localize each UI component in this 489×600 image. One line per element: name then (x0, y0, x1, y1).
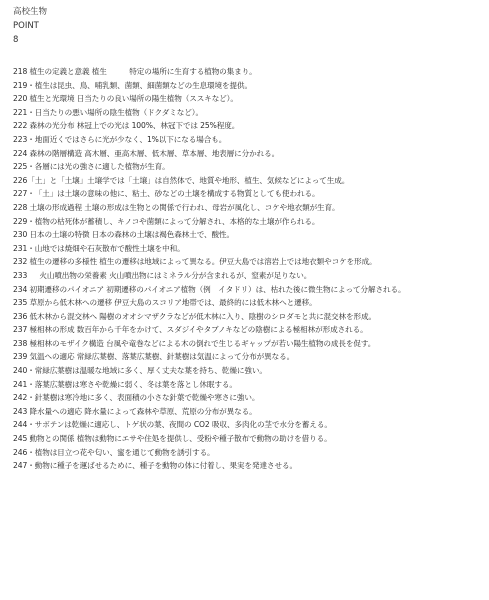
item-text: 植生は昆虫、鳥、哺乳類、菌類、細菌類などの生息環境を提供。 (35, 81, 252, 90)
item-text: 植生の定義と意義 植生 特定の場所に生育する植物の集まり。 (30, 67, 257, 76)
item-separator: ・ (27, 242, 35, 256)
item-number: 230 (13, 228, 27, 242)
item-text: 草原から低木林への遷移 伊豆大島のスコリア地帯では、最終的には低木林へと遷移。 (30, 298, 317, 307)
item-number: 236 (13, 310, 27, 324)
list-item: 222 森林の光分布 林冠上での光は 100%、林冠下では 25%程度。 (13, 119, 405, 133)
list-item: 240・常緑広葉樹は温暖な地域に多く、厚く丈夫な葉を持ち、乾燥に強い。 (13, 364, 405, 378)
section-label: POINT (13, 19, 47, 33)
item-separator: ・ (27, 215, 35, 229)
item-number: 233 (13, 269, 27, 283)
subject-title: 高校生物 (13, 5, 47, 19)
item-text: 植物の枯死体が蓄積し、キノコや菌類によって分解され、本格的な土壌が作られる。 (35, 217, 320, 226)
item-text: 「土」は土壌の意味の他に、粘土、砂などの土壌を構成する物質としても使われる。 (35, 189, 320, 198)
list-item: 247・動物に種子を運ばせるために、種子を動物の体に付着し、果実を発達させる。 (13, 459, 405, 473)
item-text: 初期遷移のパイオニア 初期遷移のパイオニア植物（例 イタドリ）は、枯れた後に微生… (30, 285, 406, 294)
item-number: 223 (13, 133, 27, 147)
item-number: 220 (13, 92, 27, 106)
item-text: 植生の遷移の多様性 植生の遷移は地域によって異なる。伊豆大島では溶岩上では地衣類… (30, 257, 377, 266)
item-separator: ・ (27, 446, 35, 460)
item-number: 239 (13, 350, 27, 364)
item-number: 221 (13, 106, 27, 120)
list-item: 231・山地では焼畑や石灰散布で酸性土壌を中和。 (13, 242, 405, 256)
item-number: 228 (13, 201, 27, 215)
item-number: 219 (13, 79, 27, 93)
item-number: 240 (13, 364, 27, 378)
item-text: 森林の階層構造 高木層、亜高木層、低木層、草本層、地表層に分かれる。 (30, 149, 280, 158)
list-item: 242・針葉樹は寒冷地に多く、表面積の小さな針葉で乾燥や寒さに強い。 (13, 391, 405, 405)
list-item: 238 極相林のモザイク構造 台風や竜巻などによる木の倒れで生じるギャップが若い… (13, 337, 405, 351)
item-number: 229 (13, 215, 27, 229)
list-item: 227・「土」は土壌の意味の他に、粘土、砂などの土壌を構成する物質としても使われ… (13, 187, 405, 201)
list-item: 223・地面近くではさらに光が少なく、1%以下になる場合も。 (13, 133, 405, 147)
item-separator: ・ (27, 160, 35, 174)
item-number: 244 (13, 418, 27, 432)
item-text: 土壌の形成過程 土壌の形成は生物との関係で行われ、母岩が風化し、コケや地衣類が生… (30, 203, 340, 212)
item-number: 247 (13, 459, 27, 473)
list-item: 236 低木林から混交林へ 陽樹のオオシマザクラなどが低木林に入り、陰樹のシロダ… (13, 310, 405, 324)
item-text: 地面近くではさらに光が少なく、1%以下になる場合も。 (35, 135, 227, 144)
item-separator (27, 269, 39, 283)
list-item: 219・植生は昆虫、鳥、哺乳類、菌類、細菌類などの生息環境を提供。 (13, 79, 405, 93)
item-text: サボテンは乾燥に適応し、トゲ状の葉、夜間の CO2 吸収、多肉化の茎で水分を蓄え… (35, 420, 332, 429)
item-text: 植物は目立つ花や匂い、蜜を通じて動物を誘引する。 (35, 448, 215, 457)
item-separator: ・ (27, 187, 35, 201)
list-item: 230 日本の土壌の特徴 日本の森林の土壌は褐色森林土で、酸性。 (13, 228, 405, 242)
item-number: 241 (13, 378, 27, 392)
item-text: 森林の光分布 林冠上での光は 100%、林冠下では 25%程度。 (30, 121, 240, 130)
item-number: 225 (13, 160, 27, 174)
item-number: 234 (13, 283, 27, 297)
item-text: 日当たりの悪い場所の陰生植物（ドクダミなど）。 (35, 108, 203, 117)
item-number: 226 (13, 174, 27, 188)
list-item: 245 動物との関係 植物は動物にエサや住処を提供し、受粉や種子散布で動物の助け… (13, 432, 405, 446)
item-text: 火山噴出物の栄養素 火山噴出物にはミネラル分が含まれるが、窒素が足りない。 (39, 271, 311, 280)
item-text: 「土」と「土壌」土壌学では「土壌」は自然体で、地質や地形、植生、気候などによって… (27, 176, 349, 185)
list-item: 221・日当たりの悪い場所の陰生植物（ドクダミなど）。 (13, 106, 405, 120)
item-number: 237 (13, 323, 27, 337)
list-item: 224 森林の階層構造 高木層、亜高木層、低木層、草本層、地表層に分かれる。 (13, 147, 405, 161)
list-item: 232 植生の遷移の多様性 植生の遷移は地域によって異なる。伊豆大島では溶岩上で… (13, 255, 405, 269)
item-separator: ・ (27, 459, 35, 473)
item-text: 植生と光環境 日当たりの良い場所の陽生植物（ススキなど）。 (30, 94, 238, 103)
item-text: 常緑広葉樹は温暖な地域に多く、厚く丈夫な葉を持ち、乾燥に強い。 (35, 366, 267, 375)
item-separator: ・ (27, 133, 35, 147)
item-separator: ・ (27, 106, 35, 120)
list-item: 239 気温への適応 常緑広葉樹、落葉広葉樹、針葉樹は気温によって分布が異なる。 (13, 350, 405, 364)
list-item: 244・サボテンは乾燥に適応し、トゲ状の葉、夜間の CO2 吸収、多肉化の茎で水… (13, 418, 405, 432)
list-item: 229・植物の枯死体が蓄積し、キノコや菌類によって分解され、本格的な土壌が作られ… (13, 215, 405, 229)
list-item: 233 火山噴出物の栄養素 火山噴出物にはミネラル分が含まれるが、窒素が足りない… (13, 269, 405, 283)
item-separator: ・ (27, 378, 35, 392)
item-text: 極相林のモザイク構造 台風や竜巻などによる木の倒れで生じるギャップが若い陽生植物… (30, 339, 376, 348)
item-number: 246 (13, 446, 27, 460)
list-item: 241・落葉広葉樹は寒さや乾燥に弱く、冬は葉を落とし休眠する。 (13, 378, 405, 392)
list-item: 235 草原から低木林への遷移 伊豆大島のスコリア地帯では、最終的には低木林へと… (13, 296, 405, 310)
item-text: 動物との関係 植物は動物にエサや住処を提供し、受粉や種子散布で動物の助けを借りる… (30, 434, 332, 443)
item-number: 232 (13, 255, 27, 269)
list-item: 237 極相林の形成 数百年から千年をかけて、スダジイやタブノキなどの陰樹による… (13, 323, 405, 337)
item-text: 降水量への適応 降水量によって森林や草原、荒原の分布が異なる。 (30, 407, 257, 416)
item-text: 極相林の形成 数百年から千年をかけて、スダジイやタブノキなどの陰樹による極相林が… (30, 325, 368, 334)
item-text: 山地では焼畑や石灰散布で酸性土壌を中和。 (35, 244, 185, 253)
item-number: 224 (13, 147, 27, 161)
item-separator: ・ (27, 418, 35, 432)
item-separator: ・ (27, 79, 35, 93)
point-list: 218 植生の定義と意義 植生 特定の場所に生育する植物の集まり。219・植生は… (13, 65, 405, 473)
item-separator: ・ (27, 391, 35, 405)
item-number: 227 (13, 187, 27, 201)
item-text: 落葉広葉樹は寒さや乾燥に弱く、冬は葉を落とし休眠する。 (35, 380, 237, 389)
item-text: 動物に種子を運ばせるために、種子を動物の体に付着し、果実を発達させる。 (35, 461, 297, 470)
item-number: 235 (13, 296, 27, 310)
item-number: 238 (13, 337, 27, 351)
item-separator: ・ (27, 364, 35, 378)
item-number: 245 (13, 432, 27, 446)
page-number: 8 (13, 33, 47, 47)
item-text: 低木林から混交林へ 陽樹のオオシマザクラなどが低木林に入り、陰樹のシロダモと共に… (30, 312, 377, 321)
list-item: 220 植生と光環境 日当たりの良い場所の陽生植物（ススキなど）。 (13, 92, 405, 106)
item-text: 日本の土壌の特徴 日本の森林の土壌は褐色森林土で、酸性。 (30, 230, 235, 239)
item-number: 231 (13, 242, 27, 256)
list-item: 226「土」と「土壌」土壌学では「土壌」は自然体で、地質や地形、植生、気候などに… (13, 174, 405, 188)
list-item: 218 植生の定義と意義 植生 特定の場所に生育する植物の集まり。 (13, 65, 405, 79)
item-number: 243 (13, 405, 27, 419)
item-text: 各層には光の強さに適した植物が生育。 (35, 162, 170, 171)
item-text: 気温への適応 常緑広葉樹、落葉広葉樹、針葉樹は気温によって分布が異なる。 (30, 352, 295, 361)
document-header: 高校生物 POINT 8 (13, 5, 47, 47)
item-number: 222 (13, 119, 27, 133)
list-item: 234 初期遷移のパイオニア 初期遷移のパイオニア植物（例 イタドリ）は、枯れた… (13, 283, 405, 297)
item-number: 218 (13, 65, 27, 79)
item-number: 242 (13, 391, 27, 405)
list-item: 243 降水量への適応 降水量によって森林や草原、荒原の分布が異なる。 (13, 405, 405, 419)
item-text: 針葉樹は寒冷地に多く、表面積の小さな針葉で乾燥や寒さに強い。 (35, 393, 260, 402)
list-item: 246・植物は目立つ花や匂い、蜜を通じて動物を誘引する。 (13, 446, 405, 460)
list-item: 225・各層には光の強さに適した植物が生育。 (13, 160, 405, 174)
list-item: 228 土壌の形成過程 土壌の形成は生物との関係で行われ、母岩が風化し、コケや地… (13, 201, 405, 215)
